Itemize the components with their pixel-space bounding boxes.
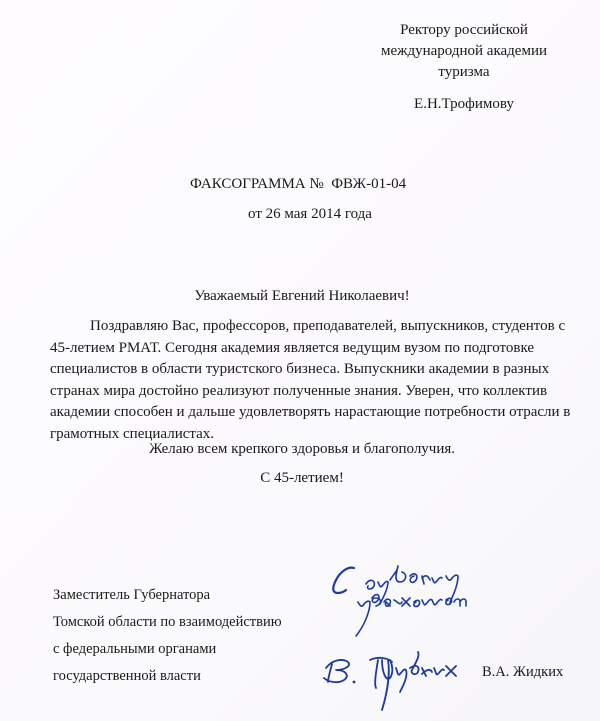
body-paragraph-text: Поздравляю Вас, профессоров, преподавате… — [50, 318, 570, 442]
signer-name: В.А. Жидких — [482, 664, 563, 681]
addressee-block: Ректору российской международной академи… — [340, 20, 588, 115]
addressee-line: Ректору российской — [340, 20, 588, 41]
congrats-line: С 45-летием! — [0, 470, 600, 487]
body-paragraph: Поздравляю Вас, профессоров, преподавате… — [50, 316, 584, 445]
handwritten-signature-icon — [318, 560, 518, 720]
signer-title-block: Заместитель Губернатора Томской области … — [53, 582, 282, 690]
signer-title-line: Томской области по взаимодействию — [53, 609, 282, 636]
signer-title-line: государственной власти — [53, 663, 282, 690]
wish-line: Желаю всем крепкого здоровья и благополу… — [0, 441, 600, 458]
greeting: Уважаемый Евгений Николаевич! — [0, 288, 600, 305]
signer-title-line: Заместитель Губернатора — [53, 582, 282, 609]
fax-date: от 26 мая 2014 года — [180, 206, 440, 223]
addressee-line: международной академии — [340, 41, 588, 62]
fax-document: Ректору российской международной академи… — [0, 0, 600, 721]
fax-title: ФАКСОГРАММА № ФВЖ-01-04 — [190, 176, 430, 193]
signer-title-line: с федеральными органами — [53, 636, 282, 663]
addressee-line: туризма — [340, 62, 588, 83]
addressee-name: Е.Н.Трофимову — [340, 94, 588, 115]
